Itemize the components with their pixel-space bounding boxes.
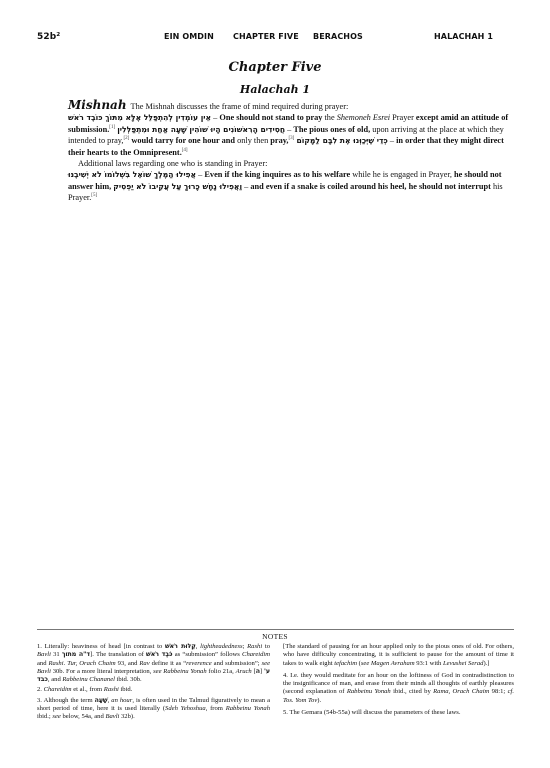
hebrew-text: אֲפִילוּ הַמֶּלֶךְ שׁוֹאֵל בִּשְׁלוֹמוֹ … bbox=[68, 170, 196, 179]
note-2: 2. Chareidim et al., from Rashi ibid. bbox=[37, 686, 270, 694]
note-1: 1. Literally: heaviness of head [in cont… bbox=[37, 643, 270, 684]
mishnah-paragraph-1: MishnahThe Mishnah discusses the frame o… bbox=[68, 100, 516, 158]
halachah-title: Halachah 1 bbox=[0, 83, 550, 96]
footnote-ref[interactable]: [4] bbox=[182, 148, 188, 153]
header-chapter: CHAPTER FIVE bbox=[233, 32, 299, 41]
note-3: 3. Although the term שָׁעָה, an hour, is… bbox=[37, 697, 270, 722]
chapter-title: Chapter Five bbox=[0, 60, 550, 75]
note-3-continued: [The standard of pausing for an hour app… bbox=[283, 643, 514, 668]
footnote-ref[interactable]: [1] bbox=[109, 125, 115, 130]
notes-column-left: 1. Literally: heaviness of head [in cont… bbox=[37, 643, 270, 724]
header-section-name: EIN OMDIN bbox=[164, 32, 214, 41]
header-halachah: HALACHAH 1 bbox=[434, 32, 493, 41]
hebrew-text: אֵין עוֹמְדִין לְהִתְפַּלֵּל אֶלָּא מִתּ… bbox=[68, 113, 211, 122]
notes-title: NOTES bbox=[0, 632, 550, 641]
hebrew-text: וַאֲפִילוּ נָחָשׁ כָּרוּךְ עַל עֲקֵיבוֹ … bbox=[113, 182, 242, 191]
hebrew-text: חֲסִידִים הָרִאשׁוֹנִים הָיוּ שׁוֹהִין ש… bbox=[117, 125, 285, 134]
notes-column-right: [The standard of pausing for an hour app… bbox=[283, 643, 514, 719]
mishnah-paragraph-3: אֲפִילוּ הַמֶּלֶךְ שׁוֹאֵל בִּשְׁלוֹמוֹ … bbox=[68, 169, 516, 203]
footnote-ref[interactable]: [5] bbox=[91, 193, 97, 198]
mishnah-paragraph-2: Additional laws regarding one who is sta… bbox=[68, 158, 516, 169]
note-5: 5. The Gemara (54b-55a) will discuss the… bbox=[283, 709, 514, 717]
header-tractate: BERACHOS bbox=[313, 32, 363, 41]
mishnah-label: Mishnah bbox=[68, 98, 127, 112]
hebrew-text: כְּדֵי שֶׁיְּכַוְּנוּ אֶת לִבָּם לַמָּקו… bbox=[296, 136, 387, 145]
running-header: 52b² EIN OMDIN CHAPTER FIVE BERACHOS HAL… bbox=[0, 32, 550, 46]
footnote-ref[interactable]: [3] bbox=[289, 136, 295, 141]
page-number: 52b² bbox=[37, 32, 60, 42]
mishnah-text: MishnahThe Mishnah discusses the frame o… bbox=[68, 100, 516, 204]
note-4: 4. I.e. they would meditate for an hour … bbox=[283, 672, 514, 705]
notes-divider bbox=[37, 629, 514, 630]
